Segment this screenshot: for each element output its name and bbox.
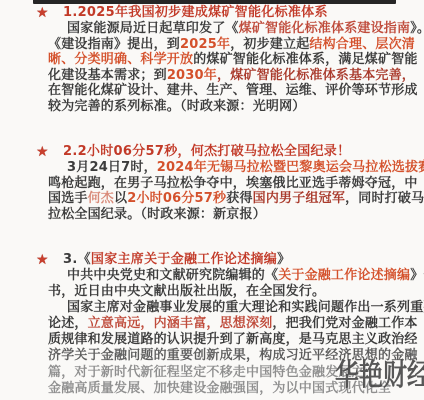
line-segment: 3月24日7时， — [67, 160, 157, 175]
line-segment: 以 — [114, 191, 127, 206]
line-segment: 的煤矿智能化标准体系，满足煤矿智能 — [193, 52, 417, 67]
line-segment: 》一 — [410, 268, 424, 283]
body-text-line: 国家主席对金融事业发展的重大理论和实践问题作出一系列重要 — [48, 300, 424, 316]
line-segment: 篇，对于新时代新征程坚定不移走中国特色金融发展之 — [48, 365, 365, 380]
star-bullet-icon: ★ — [36, 145, 49, 160]
line-segment: 国家能源局近日起草印发了《 — [67, 21, 239, 36]
line-segment: 立意高远，内涵丰富，思想深刻 — [88, 316, 273, 331]
body-text-line: 3月24日7时，2024年无锡马拉松暨巴黎奥运会马拉松选拔赛 — [48, 160, 424, 176]
line-segment: 论述， — [48, 316, 88, 331]
star-bullet-icon: ★ — [36, 6, 49, 21]
line-segment: 拉松全国纪录。（时政来源：新京报） — [48, 207, 266, 222]
body-text-line: 质规律和发展道路的认识提升到了新高度，是马克思主义政治经 — [48, 332, 424, 348]
news-item-heading: 3.《国家主席关于金融工作论述摘编》 — [63, 252, 290, 268]
body-text-line: 国家能源局近日起草印发了《煤矿智能化标准体系建设指南》。 — [48, 21, 424, 37]
line-segment: ，初步建立起 — [230, 37, 309, 52]
line-segment: 中共中央党史和文献研究院编辑的《 — [67, 268, 278, 283]
body-text-line: 拉松全国纪录。（时政来源：新京报） — [48, 207, 424, 223]
body-text-line: 在智能化煤矿设计、建井、生产、管理、运维、评价等环节形成 — [48, 83, 424, 99]
heading-segment: 1.2025年我国初步建成煤矿智能化标准体系 — [63, 5, 328, 20]
line-segment: 关于金融工作论述摘编 — [278, 268, 410, 283]
line-segment: 化建设基本需求；到 — [48, 68, 167, 83]
heading-segment: 》 — [277, 252, 290, 267]
line-segment: ，同时打破马 — [345, 191, 424, 206]
line-segment: 结构合理、层次清 — [309, 37, 415, 52]
body-text-line: 国选手何杰以2小时06分57秒获得国内男子组冠军，同时打破马 — [48, 191, 424, 207]
line-segment: 书，近日由中央文献出版社出版，在全国发行。 — [48, 284, 325, 299]
line-segment: 晰、分类明确、科学开放 — [48, 52, 193, 67]
body-text-line: 中共中央党史和文献研究院编辑的《关于金融工作论述摘编》一 — [48, 268, 424, 284]
news-digest-page: ★1.2025年我国初步建成煤矿智能化标准体系国家能源局近日起草印发了《煤矿智能… — [0, 0, 424, 400]
news-item-heading: 2.2小时06分57秒，何杰打破马拉松全国纪录！ — [63, 144, 350, 160]
news-item-heading: 1.2025年我国初步建成煤矿智能化标准体系 — [63, 5, 328, 21]
body-text-line: 论述，立意高远，内涵丰富，思想深刻，把我们党对金融工作本 — [48, 316, 424, 332]
line-segment: 获得 — [226, 191, 252, 206]
line-segment: 》。 — [410, 21, 424, 36]
line-segment: 质规律和发展道路的认识提升到了新高度，是马克思主义政治经 — [48, 332, 418, 347]
body-text-line: 鸣枪起跑，在男子马拉松争夺中，埃塞俄比亚选手蒂姆夺冠，中 — [48, 176, 424, 192]
line-segment: 何杰 — [88, 191, 114, 206]
line-segment: 国家主席对金融事业发展的重大理论和实践问题作出一系列重要 — [67, 300, 424, 315]
body-text-line: 书，近日由中央文献出版社出版，在全国发行。 — [48, 284, 424, 300]
line-segment: 国选手 — [48, 191, 88, 206]
line-segment: 《建设指南》提出，到 — [48, 37, 180, 52]
line-segment: 2024年无锡马拉松暨巴黎奥运会马拉松选拔赛 — [157, 160, 424, 175]
line-segment: 鸣枪起跑，在男子马拉松争夺中，埃塞俄比亚选手蒂姆夺冠，中 — [48, 176, 418, 191]
line-segment: 2025年 — [180, 37, 230, 52]
line-segment: 煤矿智能化标准体系建设指南 — [239, 21, 411, 36]
cropped-image-top-edge — [33, 0, 396, 4]
line-segment: ，把我们党对金融工作本 — [272, 316, 417, 331]
star-bullet-icon: ★ — [36, 253, 49, 268]
line-segment: 2030年 — [167, 68, 217, 83]
line-segment: ，煤矿智能化标准体系基本完善， — [217, 68, 415, 83]
heading-segment: 2.2小时06分57秒，何杰打破马拉松全国纪录！ — [63, 144, 350, 159]
news-item-body: 国家能源局近日起草印发了《煤矿智能化标准体系建设指南》。《建设指南》提出，到20… — [48, 21, 424, 115]
heading-segment: 国家主席关于金融工作论述摘编 — [91, 252, 277, 267]
line-segment: 2小时06分57秒 — [127, 191, 226, 206]
body-text-line: 《建设指南》提出，到2025年，初步建立起结构合理、层次清 — [48, 37, 424, 53]
line-segment: 较为完善的系列标准。（时政来源：光明网） — [48, 99, 306, 114]
line-segment: 国内男子组冠军 — [253, 191, 345, 206]
news-item-body: 3月24日7时，2024年无锡马拉松暨巴黎奥运会马拉松选拔赛鸣枪起跑，在男子马拉… — [48, 160, 424, 222]
body-text-line: 化建设基本需求；到2030年，煤矿智能化标准体系基本完善， — [48, 68, 424, 84]
watermark-text: 华艳财经 — [335, 359, 424, 393]
line-segment: 在智能化煤矿设计、建井、生产、管理、运维、评价等环节形成 — [48, 83, 418, 98]
body-text-line: 较为完善的系列标准。（时政来源：光明网） — [48, 99, 424, 115]
body-text-line: 晰、分类明确、科学开放的煤矿智能化标准体系，满足煤矿智能 — [48, 52, 424, 68]
heading-segment: 3.《 — [63, 252, 91, 267]
